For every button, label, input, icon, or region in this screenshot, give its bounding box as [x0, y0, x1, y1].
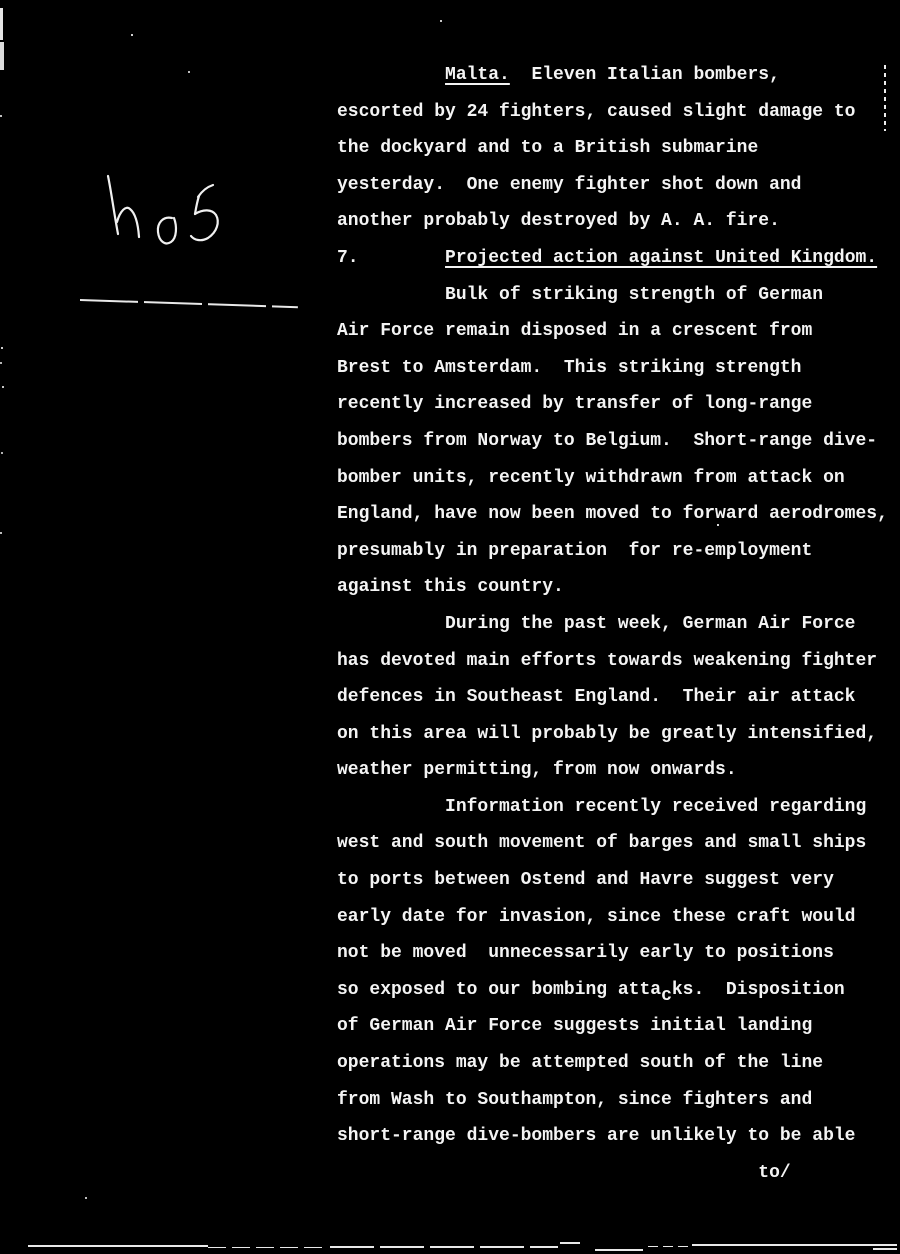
text-line: not be moved unnecessarily early to posi… — [337, 935, 897, 972]
scan-line-segment — [208, 1247, 328, 1248]
text-line: on this area will probably be greatly in… — [337, 716, 897, 753]
text-line: Air Force remain disposed in a crescent … — [337, 313, 897, 350]
text-line: to ports between Ostend and Havre sugges… — [337, 862, 897, 899]
typed-text-block: Malta. Eleven Italian bombers,escorted b… — [337, 57, 897, 1191]
text-segment: ks. Disposition — [672, 980, 845, 1000]
text-line: Malta. Eleven Italian bombers, — [337, 57, 897, 94]
scan-line-segment — [692, 1244, 897, 1246]
underlined-text: Malta. — [445, 65, 510, 85]
text-line: to/ — [337, 1155, 897, 1192]
handwritten-note — [95, 168, 235, 253]
margin-rule-line — [80, 299, 298, 308]
text-segment: so exposed to our bombing atta — [337, 980, 661, 1000]
text-line: 7. Projected action against United Kingd… — [337, 240, 897, 277]
handwriting-stroke — [117, 208, 139, 237]
text-line: against this country. — [337, 569, 897, 606]
text-line: early date for invasion, since these cra… — [337, 899, 897, 936]
scan-line-segment — [560, 1242, 580, 1244]
text-line: Bulk of striking strength of German — [337, 277, 897, 314]
text-line: defences in Southeast England. Their air… — [337, 679, 897, 716]
text-line: of German Air Force suggests initial lan… — [337, 1008, 897, 1045]
text-line: from Wash to Southampton, since fighters… — [337, 1082, 897, 1119]
text-line: bomber units, recently withdrawn from at… — [337, 460, 897, 497]
text-line: short-range dive-bombers are unlikely to… — [337, 1118, 897, 1155]
text-line: yesterday. One enemy fighter shot down a… — [337, 167, 897, 204]
left-edge-strip — [0, 8, 3, 40]
text-line: England, have now been moved to forward … — [337, 496, 897, 533]
text-line: escorted by 24 fighters, caused slight d… — [337, 94, 897, 131]
scan-line-segment — [330, 1246, 558, 1248]
scan-line-segment — [873, 1248, 897, 1250]
scan-line-segment — [648, 1246, 688, 1247]
text-line: so exposed to our bombing attacks. Dispo… — [337, 972, 897, 1009]
text-line: has devoted main efforts towards weakeni… — [337, 643, 897, 680]
text-line: presumably in preparation for re-employm… — [337, 533, 897, 570]
text-line: operations may be attempted south of the… — [337, 1045, 897, 1082]
text-line: weather permitting, from now onwards. — [337, 752, 897, 789]
scan-line-segment — [28, 1245, 208, 1247]
text-segment: 7. — [337, 248, 445, 268]
scan-line-segment — [595, 1249, 643, 1251]
left-edge-strip — [0, 42, 4, 70]
text-line: bombers from Norway to Belgium. Short-ra… — [337, 423, 897, 460]
document-page: Malta. Eleven Italian bombers,escorted b… — [0, 0, 900, 1254]
text-segment: Eleven Italian bombers, — [510, 65, 780, 85]
text-line: Brest to Amsterdam. This striking streng… — [337, 350, 897, 387]
text-line: west and south movement of barges and sm… — [337, 825, 897, 862]
subscript-char: c — [661, 986, 672, 1006]
right-edge-dashed-artifact — [884, 65, 886, 131]
text-segment — [337, 65, 445, 85]
handwriting-stroke — [191, 210, 218, 240]
handwriting-stroke — [158, 218, 176, 244]
text-line: another probably destroyed by A. A. fire… — [337, 203, 897, 240]
text-line: Information recently received regarding — [337, 789, 897, 826]
text-line: During the past week, German Air Force — [337, 606, 897, 643]
handwriting-stroke — [198, 185, 213, 197]
text-line: the dockyard and to a British submarine — [337, 130, 897, 167]
handwriting-stroke — [108, 176, 118, 234]
underlined-text: Projected action against United Kingdom. — [445, 248, 877, 268]
scan-noise-specks — [0, 0, 2, 2]
text-line: recently increased by transfer of long-r… — [337, 386, 897, 423]
